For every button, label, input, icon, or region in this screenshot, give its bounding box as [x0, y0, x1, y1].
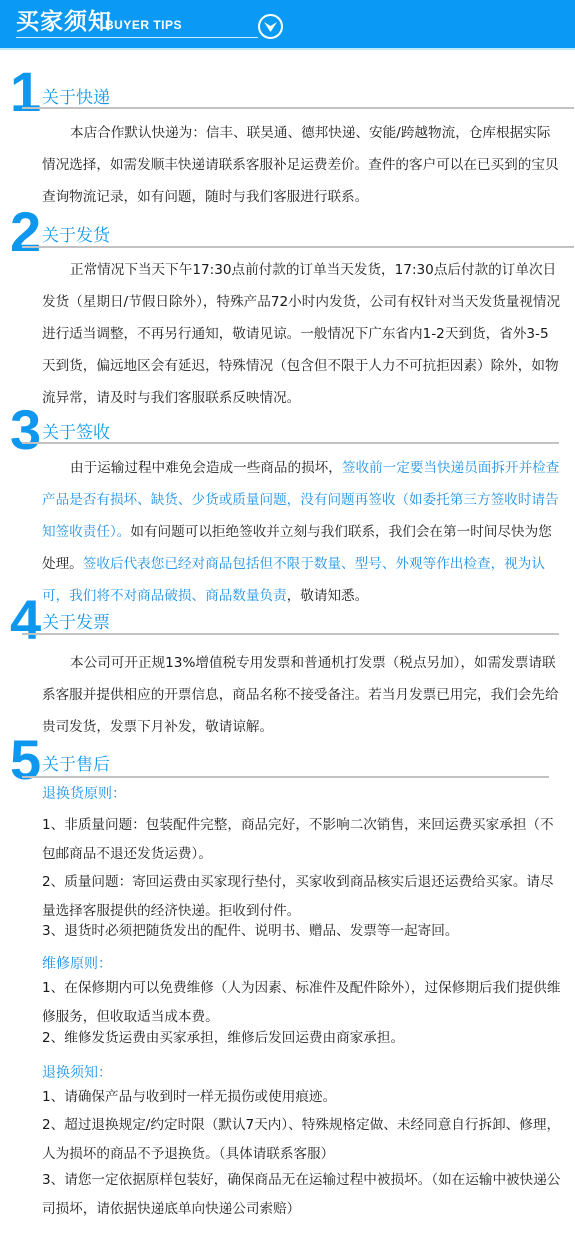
- section-divider: [22, 246, 574, 248]
- header-title: 买家须知: [16, 8, 112, 36]
- list-item: 2、维修发货运费由买家承担，维修后发回运费由商家承担。: [42, 1024, 562, 1053]
- section-number: 4: [10, 592, 39, 648]
- section-paragraph: 正常情况下当天下午17:30点前付款的订单当天发货，17:30点后付款的订单次日…: [42, 254, 562, 414]
- header-underline: [16, 37, 258, 38]
- section-divider: [22, 107, 574, 109]
- header-subtitle: BUYER TIPS: [105, 18, 182, 32]
- section-divider: [22, 776, 549, 778]
- section-title: 关于发票: [42, 613, 110, 633]
- list-item: 2、超过退换规定/约定时限（默认7天内）、特殊规格定做、未经同意自行拆卸、修理，…: [42, 1111, 562, 1169]
- section-title: 关于发货: [42, 226, 110, 246]
- section-title: 关于售后: [42, 755, 110, 775]
- buyer-tips-header: 买家须知 BUYER TIPS: [0, 0, 575, 50]
- text-normal: 由于运输过程中难免会造成一些商品的损坏，: [70, 460, 342, 476]
- text-normal: ，敬请知悉。: [287, 588, 369, 604]
- chevron-down-circle-icon: [258, 14, 283, 39]
- section-title: 关于快递: [42, 88, 110, 108]
- list-item: 1、请确保产品与收到时一样无损伤或使用痕迹。: [42, 1083, 562, 1112]
- return-principles-heading: 退换货原则：: [42, 784, 126, 804]
- section-paragraph: 由于运输过程中难免会造成一些商品的损坏，签收前一定要当快递员面拆开并检查产品是否…: [42, 452, 562, 612]
- section-number: 1: [10, 64, 39, 120]
- section-paragraph: 本公司可开正规13%增值税专用发票和普通机打发票（税点另加），如需发票请联系客服…: [42, 647, 562, 743]
- list-item: 3、请您一定依据原样包装好，确保商品无在运输过程中被损坏。（如在运输中被快递公司…: [42, 1166, 562, 1224]
- repair-principles-heading: 维修原则：: [42, 954, 112, 974]
- section-divider: [22, 633, 559, 635]
- list-item: 1、非质量问题：包装配件完整，商品完好，不影响二次销售，来回运费买家承担（不包邮…: [42, 811, 562, 869]
- section-paragraph: 本店合作默认快递为：信丰、联昊通、德邦快递、安能/跨越物流，仓库根据实际情况选择…: [42, 117, 562, 213]
- list-item: 3、退货时必须把随货发出的配件、说明书、赠品、发票等一起寄回。: [42, 917, 562, 946]
- section-number: 3: [10, 402, 39, 458]
- section-divider: [22, 442, 559, 444]
- section-title: 关于签收: [42, 423, 110, 443]
- section-number: 2: [10, 204, 39, 260]
- section-number: 5: [10, 732, 39, 788]
- return-notice-heading: 退换须知：: [42, 1063, 112, 1083]
